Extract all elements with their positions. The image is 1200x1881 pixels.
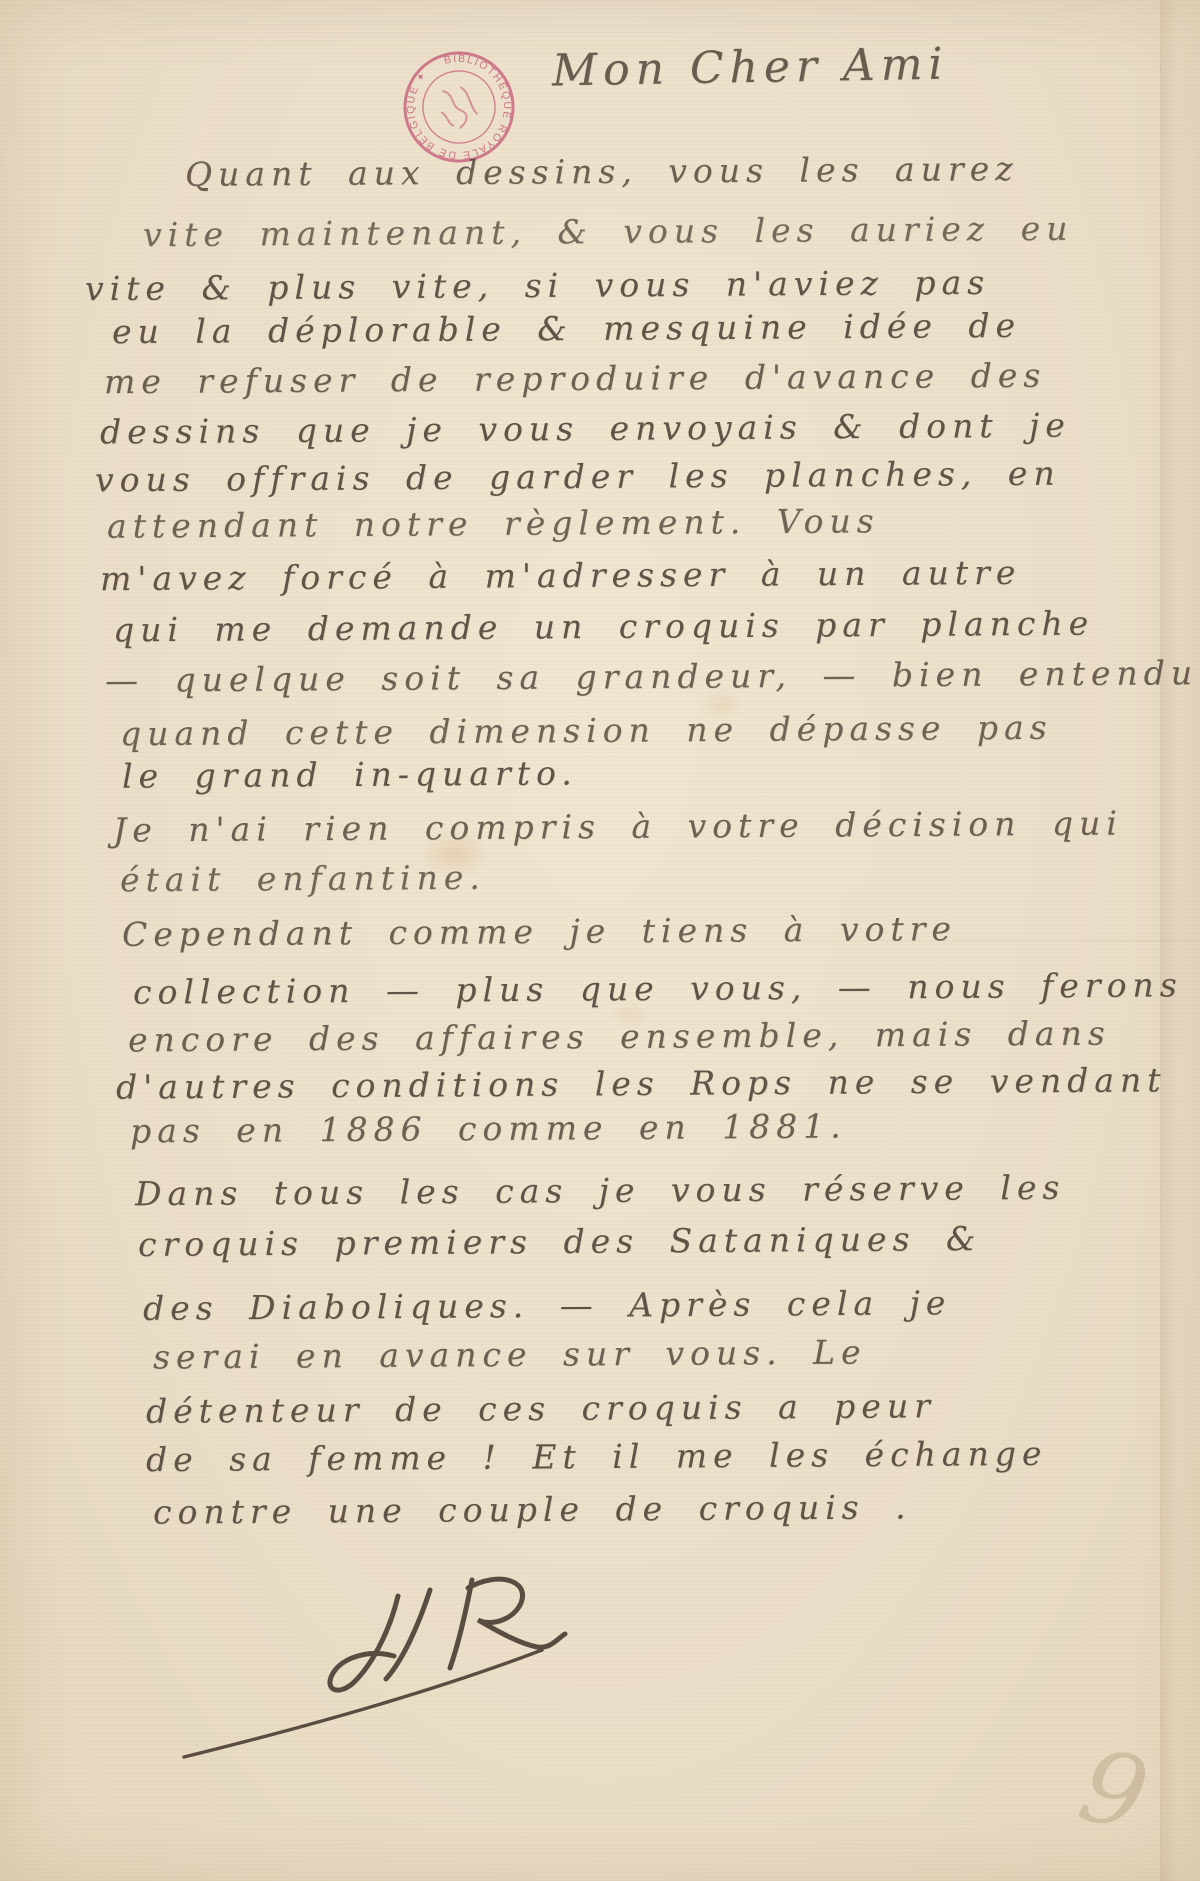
letter-line: qui me demande un croquis par planche	[113, 604, 1094, 650]
salutation: Mon Cher Ami	[552, 39, 949, 97]
stamp-coat-of-arms-lion-icon	[436, 83, 480, 131]
letter-line: contre une couple de croquis .	[153, 1487, 912, 1531]
letter-line: Dans tous les cas je vous réserve les	[135, 1168, 1066, 1213]
letter-line: serai en avance sur vous. Le	[153, 1333, 867, 1377]
letter-line: collection — plus que vous, — nous feron…	[133, 965, 1183, 1011]
letter-line: attendant notre règlement. Vous	[107, 501, 880, 545]
letter-line: d'autres conditions les Rops ne se venda…	[116, 1060, 1167, 1106]
letter-line: le grand in-quarto.	[122, 753, 578, 795]
letter-line: pas en 1886 comme en 1881.	[130, 1106, 847, 1150]
page-number-annotation: 9	[1069, 1726, 1159, 1855]
letter-line: encore des affaires ensemble, mais dans	[128, 1014, 1111, 1060]
paper-crease	[560, 940, 1200, 942]
letter-line: — quelque soit sa grandeur, — bien enten…	[105, 653, 1198, 700]
letter-line: Je n'ai rien compris à votre décision qu…	[113, 803, 1123, 849]
letter-line: eu la déplorable & mesquine idée de	[112, 306, 1021, 351]
letter-line: quand cette dimension ne dépasse pas	[120, 708, 1053, 754]
letter-line: croquis premiers des Sataniques &	[138, 1219, 982, 1264]
letter-line: vite maintenant, & vous les auriez eu	[143, 209, 1074, 254]
letter-line: était enfantine.	[120, 858, 486, 900]
letter-line: détenteur de ces croquis a peur	[146, 1386, 936, 1431]
letter-line: des Diaboliques. — Après cela je	[143, 1283, 952, 1328]
letter-line: dessins que je vous envoyais & dont je	[100, 406, 1071, 452]
letter-line: me refuser de reproduire d'avance des	[104, 356, 1047, 402]
letter-line: Quant aux dessins, vous les aurez	[185, 149, 1019, 194]
letter-line: de sa femme ! Et il me les échange	[146, 1434, 1048, 1479]
letter-page: BIBLIOTHÈQUE ROYALE DE BELGIQUE ✦ Mon Ch…	[0, 0, 1200, 1881]
letter-line: m'avez forcé à m'adresser à un autre	[100, 553, 1022, 598]
letter-line: Cependant comme je tiens à votre	[122, 909, 957, 954]
letter-line: vous offrais de garder les planches, en	[95, 454, 1061, 500]
letter-line: vite & plus vite, si vous n'aviez pas	[85, 263, 990, 308]
